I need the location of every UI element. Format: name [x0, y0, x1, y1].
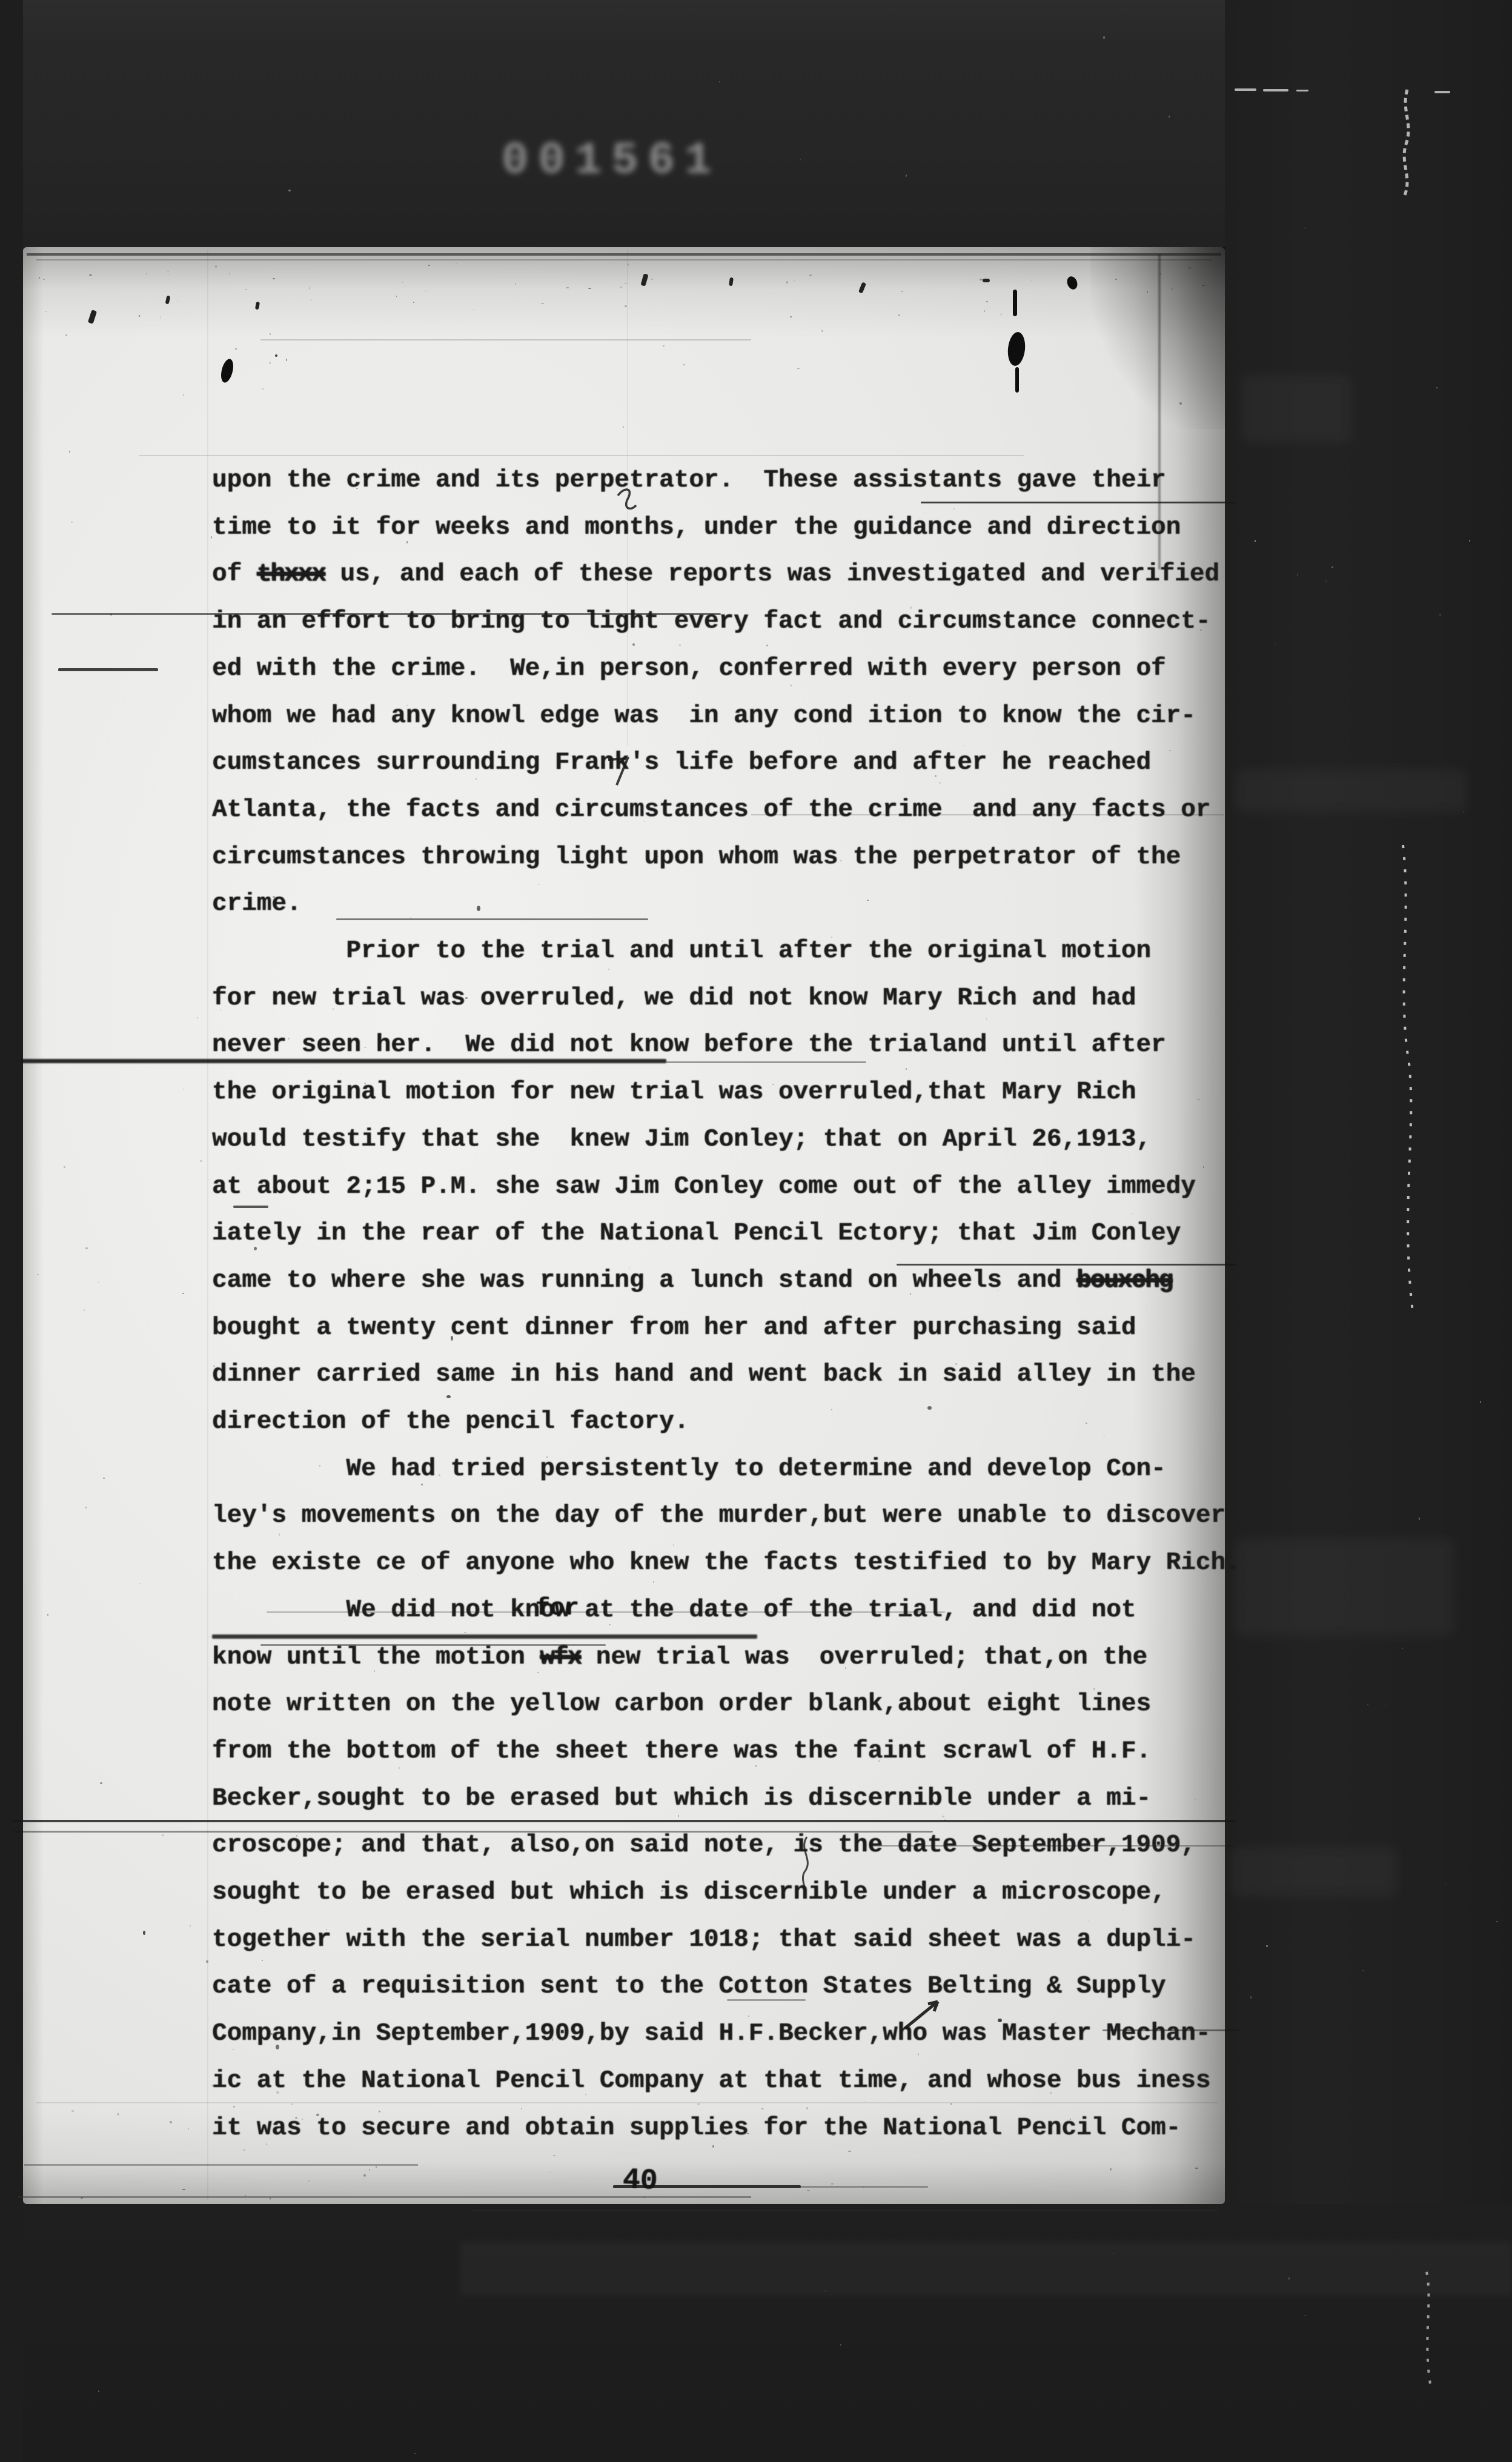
text-line: note written on the yellow carbon order …	[212, 1690, 1151, 1719]
speckle	[71, 2110, 74, 2112]
text-segment: time to it for weeks and months, under t…	[212, 514, 1181, 542]
speckle	[755, 1765, 757, 1766]
speckle	[1055, 1322, 1057, 1324]
speckle	[410, 917, 411, 918]
text-line: cate of a requisition sent to the Cotton…	[212, 1973, 1166, 2001]
speckle	[1445, 1885, 1447, 1885]
speckle	[143, 1931, 145, 1934]
speckle	[446, 1395, 451, 1398]
speckle	[319, 1465, 320, 1467]
speckle	[146, 273, 147, 274]
text-segment: We did not know at the date of the trial…	[212, 1596, 1136, 1624]
speckle	[1288, 2277, 1290, 2279]
text-segment: croscope; and that, also,on said note, i…	[212, 1831, 1196, 1859]
speckle	[369, 2169, 370, 2171]
speckle	[288, 190, 290, 191]
speckle	[1132, 1213, 1133, 1213]
text-line: the original motion for new trial was ov…	[212, 1078, 1136, 1107]
struck-word: thxxx	[257, 560, 325, 588]
speckle	[1203, 1166, 1204, 1168]
speckle	[65, 334, 67, 336]
text-line: crime.	[212, 890, 302, 918]
text-segment: together with the serial number 1018; th…	[212, 1926, 1196, 1954]
speckle	[200, 1160, 202, 1162]
speckle	[906, 174, 907, 176]
speckle	[901, 291, 903, 291]
text-line: together with the serial number 1018; th…	[212, 1926, 1196, 1954]
speckle	[215, 265, 217, 268]
speckle	[1297, 574, 1298, 576]
speckle	[245, 1842, 247, 1844]
document-text: upon the crime and its perpetrator. Thes…	[0, 0, 1512, 2462]
speckle	[1198, 1099, 1199, 1100]
speckle	[39, 277, 40, 278]
speckle	[699, 1521, 700, 1522]
text-segment: cate of a requisition sent to the Cotton…	[212, 1973, 1166, 2000]
speckle	[1464, 811, 1464, 812]
speckle	[623, 426, 624, 427]
speckle	[632, 643, 635, 645]
struck-word: wfx	[540, 1644, 581, 1671]
text-segment: from the bottom of the sheet there was t…	[212, 1737, 1151, 1765]
text-line: came to where she was running a lunch st…	[212, 1267, 1172, 1295]
speckle	[1160, 273, 1161, 275]
speckle	[848, 2151, 851, 2152]
speckle	[308, 2180, 309, 2182]
text-line: know until the motion wfx new trial was …	[212, 1644, 1147, 1672]
text-segment: whom we had any knowl edge was in any co…	[212, 702, 1196, 730]
text-line: We did not know at the date of the trial…	[212, 1596, 1136, 1625]
speckle	[965, 1931, 967, 1933]
text-line: it was to secure and obtain supplies for…	[212, 2114, 1181, 2143]
text-line: sought to be erased but which is discern…	[212, 1879, 1166, 1907]
speckle	[295, 2117, 297, 2119]
speckle	[464, 1632, 466, 1633]
speckle	[1266, 1945, 1268, 1948]
speckle	[644, 821, 645, 821]
text-line: never seen her. We did not know before t…	[212, 1031, 1166, 1060]
text-segment: came to where she was running a lunch st…	[212, 1267, 1076, 1295]
text-line: for new trial was overruled, we did not …	[212, 984, 1136, 1013]
speckle	[1004, 1473, 1006, 1474]
speckle	[302, 2119, 303, 2120]
speckle	[1331, 566, 1333, 568]
speckle	[182, 2189, 185, 2190]
speckle	[396, 296, 397, 297]
text-segment: Becker,sought to be erased but which is …	[212, 1785, 1151, 1813]
speckle	[539, 884, 540, 884]
speckle	[961, 1467, 962, 1469]
speckle	[229, 273, 230, 274]
speckle	[81, 2197, 83, 2200]
text-segment: ed with the crime. We,in person, conferr…	[212, 655, 1166, 683]
speckle	[270, 333, 271, 335]
speckle	[1070, 279, 1072, 280]
speckle	[1093, 1688, 1095, 1690]
text-line: bought a twenty cent dinner from her and…	[212, 1314, 1136, 1342]
speckle	[233, 2106, 235, 2108]
speckle	[1172, 288, 1173, 290]
speckle	[406, 541, 408, 543]
text-line: Prior to the trial and until after the o…	[212, 937, 1151, 966]
text-segment: crime.	[212, 890, 302, 918]
speckle	[867, 900, 869, 901]
speckle	[1195, 2168, 1198, 2168]
text-line: ley's movements on the day of the murder…	[212, 1502, 1225, 1530]
speckle	[316, 2114, 319, 2116]
text-line: We had tried persistently to determine a…	[212, 1455, 1166, 1484]
speckle	[273, 896, 274, 898]
speckle	[275, 354, 277, 357]
speckle	[213, 1365, 215, 1367]
text-line: whom we had any knowl edge was in any co…	[212, 702, 1196, 731]
text-line: Company,in September,1909,by said H.F.Be…	[212, 2020, 1210, 2048]
speckle	[104, 273, 104, 274]
text-line: cumstances surrounding Frank's life befo…	[212, 749, 1151, 777]
speckle	[103, 1478, 105, 1478]
text-segment: it was to secure and obtain supplies for…	[212, 2114, 1181, 2142]
speckle	[262, 1960, 263, 1961]
speckle	[139, 1583, 140, 1584]
text-line: Becker,sought to be erased but which is …	[212, 1785, 1151, 1813]
speckle	[998, 2019, 1002, 2023]
text-segment: sought to be erased but which is discern…	[212, 1879, 1166, 1906]
speckle	[719, 81, 720, 82]
speckle	[170, 2121, 172, 2123]
speckle	[314, 1970, 314, 1971]
text-segment: ley's movements on the day of the murder…	[212, 1502, 1225, 1530]
speckle	[1040, 2078, 1042, 2079]
speckle	[413, 302, 415, 302]
speckle	[935, 775, 937, 777]
speckle	[211, 536, 212, 539]
speckle	[766, 645, 768, 646]
text-segment: We had tried persistently to determine a…	[212, 1455, 1166, 1483]
speckle	[723, 2138, 724, 2138]
speckle	[1169, 750, 1171, 751]
speckle	[197, 1017, 198, 1018]
speckle	[918, 2053, 919, 2056]
speckle	[206, 1960, 208, 1962]
text-line: circumstances throwing light upon whom w…	[212, 843, 1181, 872]
speckle	[399, 1767, 400, 1769]
speckle	[831, 2183, 834, 2184]
text-segment: Atlanta, the facts and circumstances of …	[212, 796, 1210, 824]
speckle	[363, 2174, 366, 2176]
speckle	[37, 1274, 39, 1275]
text-segment: cumstances surrounding Frank's life befo…	[212, 749, 1151, 777]
text-segment: note written on the yellow carbon order …	[212, 1690, 1151, 1718]
speckle	[906, 2130, 907, 2132]
speckle	[679, 645, 681, 646]
speckle	[1078, 1086, 1080, 1087]
speckle	[89, 274, 91, 276]
speckle	[286, 359, 287, 360]
speckle	[254, 1247, 257, 1250]
speckle	[451, 1336, 453, 1341]
text-segment: in an effort to bring to light every fac…	[212, 608, 1210, 635]
text-line: time to it for weeks and months, under t…	[212, 514, 1181, 542]
speckle	[291, 2103, 293, 2105]
text-segment: Company,in September,1909,by said H.F.Be…	[212, 2020, 1210, 2048]
text-line: ic at the National Pencil Company at tha…	[212, 2067, 1210, 2095]
text-line: the existe ce of anyone who knew the fac…	[212, 1549, 1241, 1578]
text-segment: iately in the rear of the National Penci…	[212, 1219, 1181, 1247]
text-segment: circumstances throwing light upon whom w…	[212, 843, 1181, 871]
text-segment: know until the motion	[212, 1644, 540, 1671]
speckle	[549, 2172, 551, 2173]
speckle	[620, 287, 622, 288]
text-segment: the existe ce of anyone who knew the fac…	[212, 1549, 1241, 1577]
text-segment: dinner carried same in his hand and went…	[212, 1361, 1196, 1389]
text-segment: at about 2;15 P.M. she saw Jim Conley co…	[212, 1173, 1196, 1201]
speckle	[942, 1816, 944, 1817]
text-segment: us, and each of these reports was invest…	[325, 560, 1219, 588]
speckle	[806, 2107, 808, 2109]
speckle	[515, 283, 516, 285]
speckle	[1179, 402, 1182, 405]
speckle	[537, 1672, 539, 1673]
speckle	[898, 314, 900, 316]
speckle	[310, 287, 310, 290]
speckle	[1147, 291, 1148, 293]
speckle	[245, 2195, 246, 2196]
text-segment: for new trial was overruled, we did not …	[212, 984, 1136, 1012]
text-segment: bought a twenty cent dinner from her and…	[212, 1314, 1136, 1342]
text-line: Atlanta, the facts and circumstances of …	[212, 796, 1210, 825]
text-line: from the bottom of the sheet there was t…	[212, 1737, 1151, 1766]
speckle	[110, 614, 112, 615]
text-segment: of	[212, 560, 257, 588]
interlinear-insertion: for	[535, 1597, 579, 1621]
text-segment: upon the crime and its perpetrator. Thes…	[212, 466, 1166, 494]
speckle	[661, 1890, 663, 1891]
text-line: iately in the rear of the National Penci…	[212, 1219, 1181, 1248]
text-segment: ic at the National Pencil Company at tha…	[212, 2067, 1210, 2095]
text-line: direction of the pencil factory.	[212, 1408, 689, 1436]
speckle	[786, 281, 788, 284]
text-line: croscope; and that, also,on said note, i…	[212, 1831, 1196, 1860]
speckle	[662, 940, 663, 942]
speckle	[653, 1581, 654, 1583]
text-line: dinner carried same in his hand and went…	[212, 1361, 1196, 1389]
speckle	[630, 2122, 631, 2124]
speckle	[1139, 1275, 1143, 1277]
speckle	[986, 301, 988, 302]
text-segment: never seen her. We did not know before t…	[212, 1031, 1166, 1059]
speckle	[1439, 614, 1441, 615]
text-segment: new trial was overruled; that,on the	[581, 1644, 1147, 1671]
speckle	[271, 2033, 273, 2035]
text-line: in an effort to bring to light every fac…	[212, 608, 1210, 636]
text-line: ed with the crime. We,in person, conferr…	[212, 655, 1166, 683]
speckle	[910, 606, 912, 608]
speckle	[588, 288, 591, 289]
speckle	[477, 906, 480, 911]
speckle	[832, 2134, 835, 2136]
speckle	[697, 2103, 700, 2105]
speckle	[69, 451, 70, 453]
speckle	[1054, 2022, 1056, 2024]
speckle	[628, 264, 629, 265]
text-segment: Prior to the trial and until after the o…	[212, 937, 1151, 965]
text-line: at about 2;15 P.M. she saw Jim Conley co…	[212, 1173, 1196, 1201]
text-line: upon the crime and its perpetrator. Thes…	[212, 466, 1166, 495]
speckle	[1086, 1422, 1087, 1424]
speckle	[288, 1038, 290, 1040]
speckle	[910, 1293, 910, 1295]
speckle	[665, 2085, 666, 2086]
speckle	[1110, 2168, 1112, 2171]
speckle	[118, 2113, 119, 2115]
speckle	[64, 1166, 65, 1169]
page-number: 40	[622, 2166, 658, 2196]
speckle	[1050, 2092, 1051, 2094]
text-segment: the original motion for new trial was ov…	[212, 1078, 1136, 1106]
speckle	[725, 2128, 728, 2129]
speckle	[950, 2103, 952, 2105]
speckle	[831, 1409, 832, 1410]
speckle	[790, 685, 792, 686]
speckle	[273, 278, 274, 279]
text-segment: would testify that she knew Jim Conley; …	[212, 1126, 1151, 1153]
speckle	[326, 1929, 327, 1929]
speckle	[84, 1309, 85, 1311]
text-segment: direction of the pencil factory.	[212, 1408, 689, 1436]
speckle	[566, 287, 568, 288]
speckle	[269, 362, 271, 363]
struck-word: bouxchg	[1076, 1267, 1172, 1295]
speckle	[162, 1834, 164, 1836]
text-line: of thxxx us, and each of these reports w…	[212, 560, 1219, 589]
text-line: would testify that she knew Jim Conley; …	[212, 1126, 1151, 1154]
speckle	[296, 1835, 297, 1837]
speckle	[421, 1484, 423, 1485]
speckle	[279, 1533, 279, 1536]
speckle	[955, 1363, 957, 1365]
speckle	[356, 488, 357, 489]
speckle	[85, 1507, 87, 1508]
speckle	[244, 2149, 245, 2151]
speckle	[85, 1247, 88, 1249]
speckle	[364, 1083, 366, 1084]
